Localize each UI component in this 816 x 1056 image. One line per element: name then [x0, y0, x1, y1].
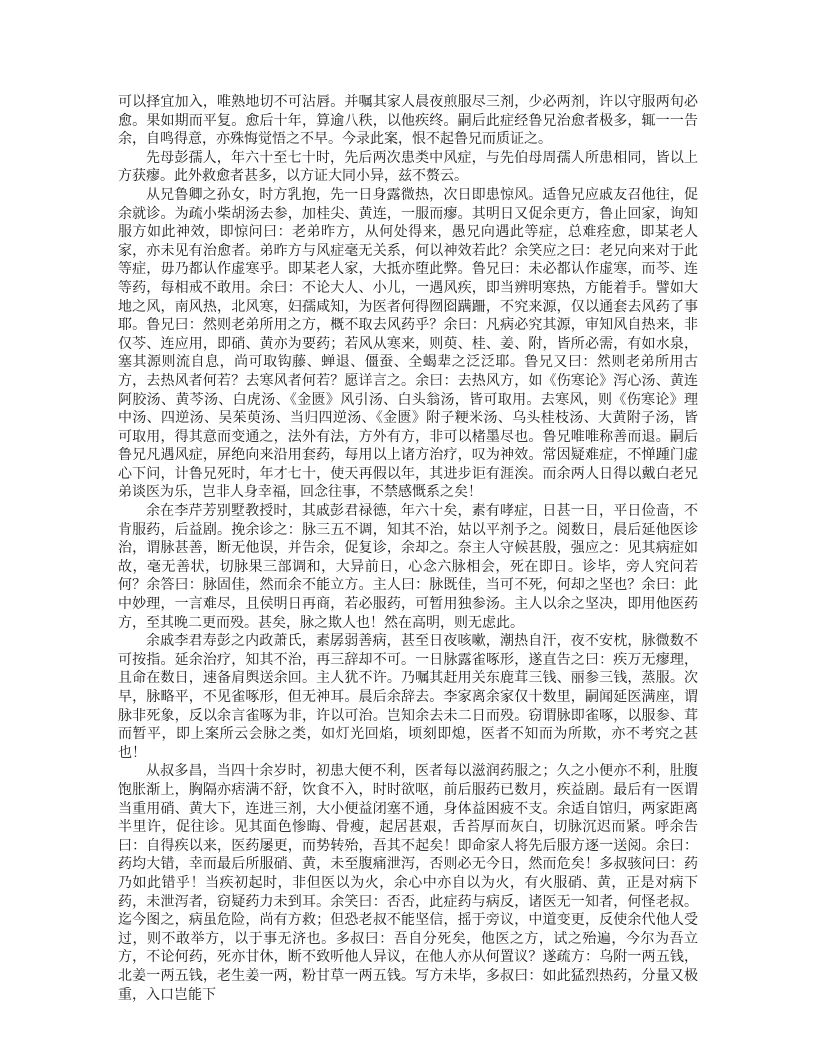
paragraph-case-cousin-luqing: 从兄鲁卿之孙女，时方乳抱，先一日身露微热，次日即患惊风。适鲁兄应戚友召他往，促余…: [118, 187, 698, 503]
paragraph-case-peng-lude: 余在李芹芳别墅教授时，其戚彭君禄德，年六十矣，素有哮症，日甚一日，平日俭啬，不肯…: [118, 503, 698, 633]
paragraph-case-madame-xiao: 余戚李君寿彭之内政萧氏，素孱弱善病，甚至日夜咳嗽，潮热自汗，夜不安枕，脉微数不可…: [118, 633, 698, 763]
document-page: 可以择宜加入，唯熟地切不可沾唇。并嘱其家人晨夜煎服尽三剂，少必两剂，许以守服两旬…: [0, 0, 816, 1056]
paragraph-case-mother-peng: 先母彭孺人，年六十至七十时，先后两次患类中风症，与先伯母周孺人所患相同，皆以上方…: [118, 150, 698, 187]
paragraph-case-uncle-duochang: 从叔多昌，当四十余岁时，初患大便不利，医者每以滋润药服之；久之小便亦不利，肚腹饱…: [118, 763, 698, 1005]
paragraph-continuation: 可以择宜加入，唯熟地切不可沾唇。并嘱其家人晨夜煎服尽三剂，少必两剂，许以守服两旬…: [118, 94, 698, 150]
